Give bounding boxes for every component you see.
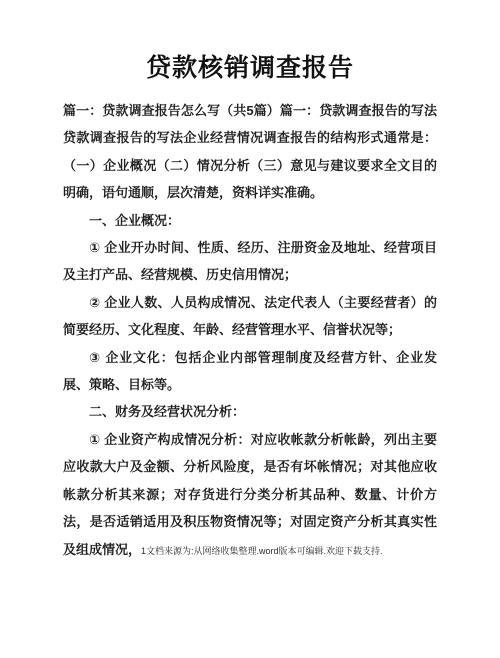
paragraph-item-4-text: ① 企业资产构成情况分析：对应收帐款分析帐龄，列出主要应收款大户及金额、分析风险…	[63, 432, 437, 557]
paragraph-section-1-heading: 一、企业概况：	[63, 207, 437, 234]
paragraph-item-3: ③ 企业文化：包括企业内部管理制度及经营方针、企业发展、策略、目标等。	[63, 344, 437, 399]
footnote-text: 1文档来源为:从网络收集整理.word版本可编辑.欢迎下载支持.	[141, 546, 383, 556]
paragraph-section-2-heading: 二、财务及经营状况分析：	[63, 398, 437, 425]
document-title: 贷款核销调查报告	[0, 0, 500, 86]
document-page: 贷款核销调查报告 篇一：贷款调查报告怎么写（共5篇）篇一：贷款调查报告的写法贷款…	[0, 0, 500, 658]
paragraph-item-1: ① 企业开办时间、性质、经历、注册资金及地址、经营项目及主打产品、经营规模、历史…	[63, 234, 437, 289]
paragraph-item-2: ② 企业人数、人员构成情况、法定代表人（主要经营者）的简要经历、文化程度、年龄、…	[63, 289, 437, 344]
paragraph-item-4: ① 企业资产构成情况分析：对应收帐款分析帐龄，列出主要应收款大户及金额、分析风险…	[63, 426, 437, 565]
document-body: 篇一：贷款调查报告怎么写（共5篇）篇一：贷款调查报告的写法贷款调查报告的写法企业…	[63, 97, 437, 565]
paragraph-intro: 篇一：贷款调查报告怎么写（共5篇）篇一：贷款调查报告的写法贷款调查报告的写法企业…	[63, 97, 437, 207]
